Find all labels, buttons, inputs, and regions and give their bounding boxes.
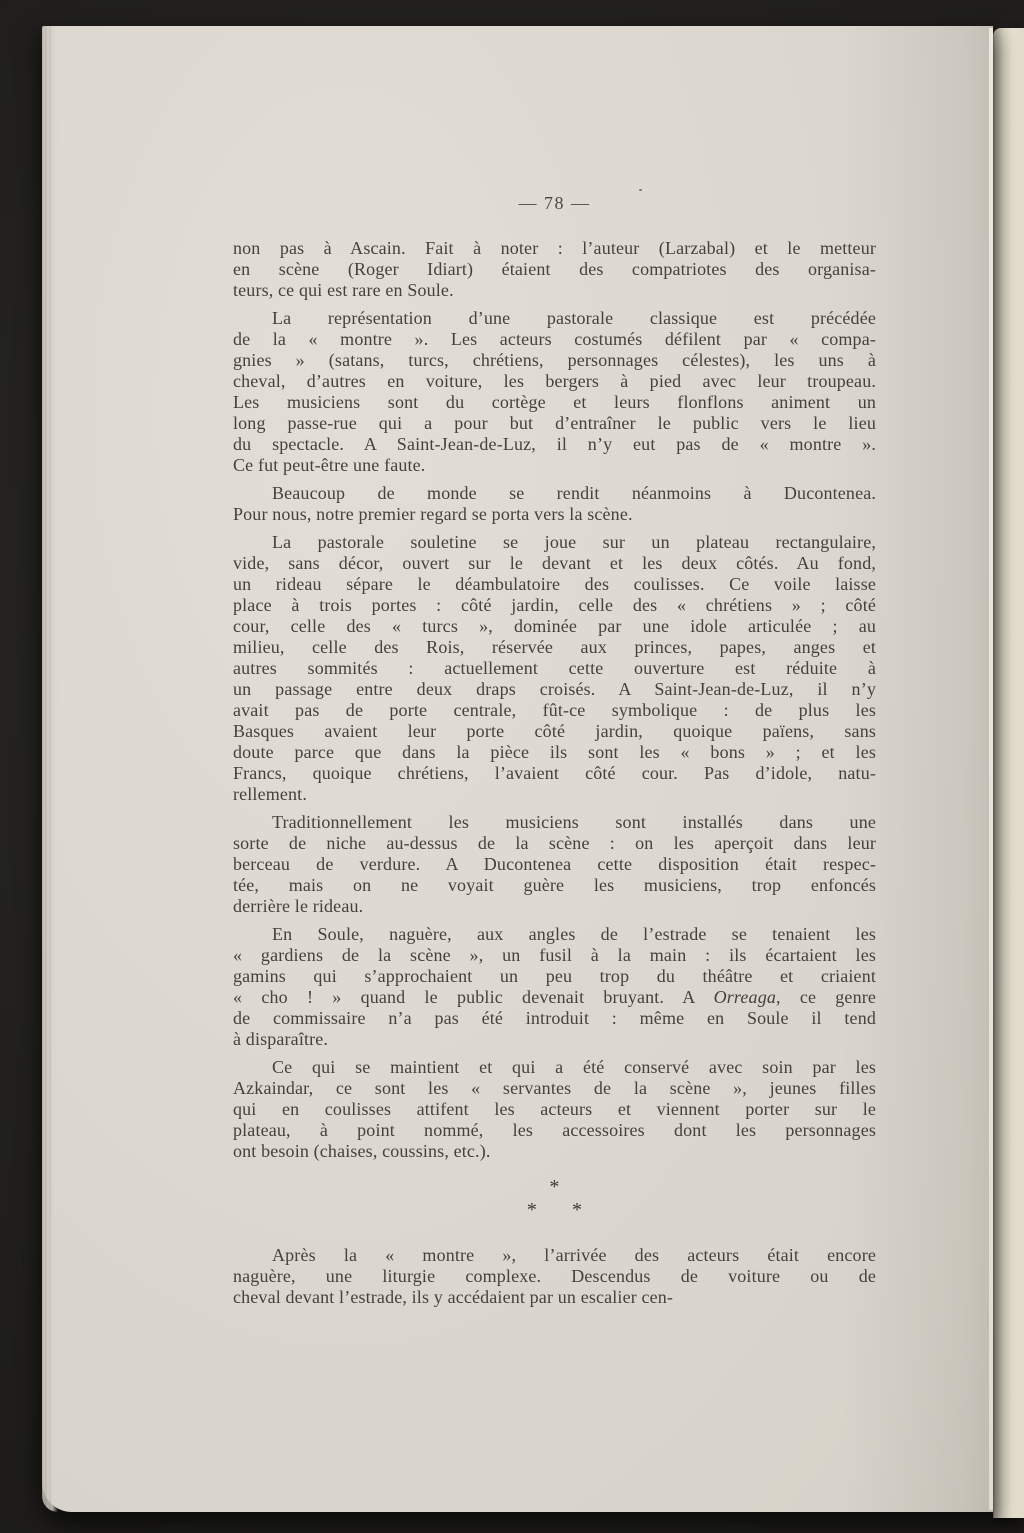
text-line: gnies » (satans, turcs, chrétiens, perso… xyxy=(233,350,876,371)
text-line: du spectacle. A Saint-Jean-de-Luz, il n’… xyxy=(233,434,876,455)
text-line: tée, mais on ne voyait guère les musicie… xyxy=(233,875,876,896)
paragraph: En Soule, naguère, aux angles de l’estra… xyxy=(233,924,876,1050)
text-line: plateau, à point nommé, les accessoires … xyxy=(233,1120,876,1141)
text-line: Pour nous, notre premier regard se porta… xyxy=(233,504,876,525)
text-line: teurs, ce qui est rare en Soule. xyxy=(233,280,876,301)
text-line: Basques avaient leur porte côté jardin, … xyxy=(233,721,876,742)
section-separator: * * * xyxy=(485,1176,625,1221)
text-line: de la « montre ». Les acteurs costumés d… xyxy=(233,329,876,350)
text-line: place à trois portes : côté jardin, cell… xyxy=(233,595,876,616)
asterisk-icon: * xyxy=(549,1176,559,1198)
text-line: En Soule, naguère, aux angles de l’estra… xyxy=(233,924,876,945)
text-line: en scène (Roger Idiart) étaient des comp… xyxy=(233,259,876,280)
text-line: avait pas de porte centrale, fût-ce symb… xyxy=(233,700,876,721)
text-line: naguère, une liturgie complexe. Descendu… xyxy=(233,1266,876,1287)
text-line: Azkaindar, ce sont les « servantes de la… xyxy=(233,1078,876,1099)
text-line: Ce qui se maintient et qui a été conserv… xyxy=(233,1057,876,1078)
text-line: cheval, d’autres en voiture, les bergers… xyxy=(233,371,876,392)
text-line: Les musiciens sont du cortège et leurs f… xyxy=(233,392,876,413)
text-line: « cho ! » quand le public devenait bruya… xyxy=(233,987,876,1008)
text-line: Traditionnellement les musiciens sont in… xyxy=(233,812,876,833)
text-line: cheval devant l’estrade, ils y accédaien… xyxy=(233,1287,876,1308)
paragraph: La pastorale souletine se joue sur un pl… xyxy=(233,532,876,805)
separator-row-top: * xyxy=(485,1176,625,1198)
asterisk-icon: * xyxy=(527,1199,537,1221)
text-line: à disparaître. xyxy=(233,1029,876,1050)
text-line: Après la « montre », l’arrivée des acteu… xyxy=(233,1245,876,1266)
text-line: autres sommités : actuellement cette ouv… xyxy=(233,658,876,679)
text-line: qui en coulisses attifent les acteurs et… xyxy=(233,1099,876,1120)
body-text: non pas à Ascain. Fait à noter : l’auteu… xyxy=(233,238,876,1162)
text-line: gamins qui s’approchaient un peu trop du… xyxy=(233,966,876,987)
text-line: cour, celle des « turcs », dominée par u… xyxy=(233,616,876,637)
body-text-continued: Après la « montre », l’arrivée des acteu… xyxy=(233,1245,876,1308)
paragraph: Après la « montre », l’arrivée des acteu… xyxy=(233,1245,876,1308)
page-stack-edge xyxy=(42,26,58,1512)
text-line: La représentation d’une pastorale classi… xyxy=(233,308,876,329)
page-number: — 78 — xyxy=(233,193,876,214)
paragraph: Ce qui se maintient et qui a été conserv… xyxy=(233,1057,876,1162)
text-line: sorte de niche au-dessus de la scène : o… xyxy=(233,833,876,854)
text-line: milieu, celle des Rois, réservée aux pri… xyxy=(233,637,876,658)
book-page: — 78 — non pas à Ascain. Fait à noter : … xyxy=(42,26,993,1512)
paper-speck xyxy=(639,189,642,191)
paragraph: non pas à Ascain. Fait à noter : l’auteu… xyxy=(233,238,876,301)
text-line: non pas à Ascain. Fait à noter : l’auteu… xyxy=(233,238,876,259)
text-line: « gardiens de la scène », un fusil à la … xyxy=(233,945,876,966)
paragraph: Beaucoup de monde se rendit néanmoins à … xyxy=(233,483,876,525)
text-line: derrière le rideau. xyxy=(233,896,876,917)
separator-row-bottom: * * xyxy=(485,1199,625,1221)
text-line: rellement. xyxy=(233,784,876,805)
text-line: Beaucoup de monde se rendit néanmoins à … xyxy=(233,483,876,504)
scanned-book-photo: — 78 — non pas à Ascain. Fait à noter : … xyxy=(0,0,1024,1533)
text-line: ont besoin (chaises, coussins, etc.). xyxy=(233,1141,876,1162)
text-line: Ce fut peut-être une faute. xyxy=(233,455,876,476)
text-line: doute parce que dans la pièce ils sont l… xyxy=(233,742,876,763)
text-line: La pastorale souletine se joue sur un pl… xyxy=(233,532,876,553)
text-line: vide, sans décor, ouvert sur le devant e… xyxy=(233,553,876,574)
text-line: long passe-rue qui a pour but d’entraîne… xyxy=(233,413,876,434)
page-fold-highlight xyxy=(989,28,993,1510)
paragraph: Traditionnellement les musiciens sont in… xyxy=(233,812,876,917)
text-column: — 78 — non pas à Ascain. Fait à noter : … xyxy=(233,193,876,1315)
adjacent-page-edge xyxy=(993,28,1024,1518)
asterisk-icon: * xyxy=(572,1199,582,1221)
text-line: de commissaire n’a pas été introduit : m… xyxy=(233,1008,876,1029)
text-line: un rideau sépare le déambulatoire des co… xyxy=(233,574,876,595)
paragraph: La représentation d’une pastorale classi… xyxy=(233,308,876,476)
text-line: un passage entre deux draps croisés. A S… xyxy=(233,679,876,700)
text-line: berceau de verdure. A Ducontenea cette d… xyxy=(233,854,876,875)
text-line: Francs, quoique chrétiens, l’avaient côt… xyxy=(233,763,876,784)
